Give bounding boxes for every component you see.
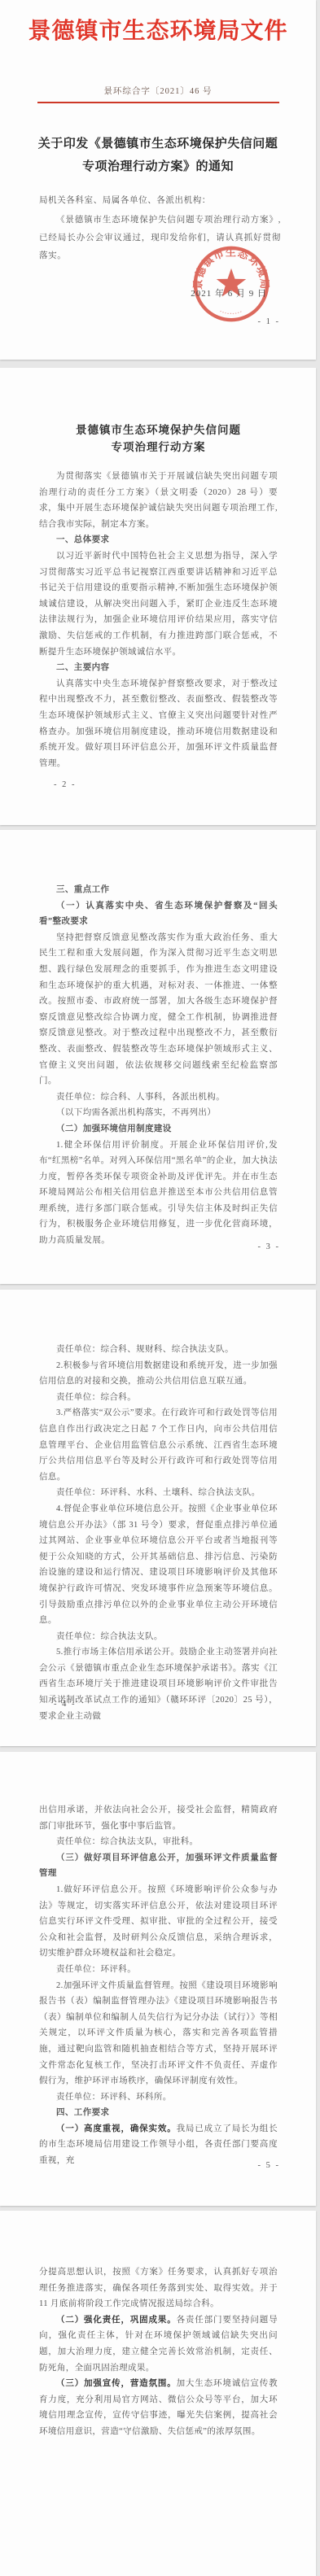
section-3-1-heading: （一）认真落实中央、省生态环境保护督察及“回头看”整改要求 (39, 898, 278, 930)
responsible-unit-line: 责任单位：综合科、人事科，各派出机构。 (39, 1089, 278, 1106)
responsible-unit-line: 责任单位：环评科、环科所。 (39, 2089, 278, 2106)
page-number-5: - 5 - (258, 2161, 281, 2170)
official-seal-stamp: 景德镇市生态环境局 ********* (192, 245, 270, 323)
red-letterhead-title: 景德镇市生态环境局文件 (0, 15, 316, 49)
section-4-3-lead: （三）加强宣传，营造氛围。 (56, 2379, 177, 2388)
responsible-unit-line: 责任单位：综合科、规财科、综合执法支队。 (39, 1342, 278, 1358)
section-3-1-body: 坚持把督察反馈意见整改落实作为重大政治任务、重大民生工程和重大发展问题，作为深入… (39, 930, 278, 1089)
section-3-2-item-5: 5.推行市场主体信用承诺公开。鼓励企业主动签署并向社会公示《景德镇市重点企业生态… (39, 1644, 278, 1724)
section-4-3-paragraph: （三）加强宣传，营造氛围。加大生态环境诚信宣传教育力度，充分利用局官方网站、微信… (39, 2376, 278, 2439)
section-1-heading: 一、总体要求 (39, 532, 278, 548)
note-line: （以下均需各派出机构落实，不再列出） (39, 1105, 278, 1121)
salutation: 局机关各科室、局属各单位、各派出机构： (39, 194, 280, 206)
section-4-2-lead: （二）强化责任，巩固成果。 (56, 2316, 177, 2325)
page-4: 责任单位：综合科、规财科、综合执法支队。 2.积极参与省环境信用数据建设和系统开… (0, 1290, 316, 1746)
section-3-3-item-1: 1.做好环评信息公开。按照《环境影响评价公众参与办法》等规定，切实落实环评信息公… (39, 1882, 278, 1962)
section-4-heading: 四、工作要求 (39, 2105, 278, 2121)
section-3-heading: 三、重点工作 (39, 882, 278, 898)
section-3-3-heading: （三）做好项目环评信息公开，加强环评文件质量监督管理 (39, 1850, 278, 1882)
section-4-1-paragraph: （一）高度重视，确保实效。我局已成立了局长为组长的市生态环境局信用建设工作领导小… (39, 2121, 278, 2169)
plan-title-line-1: 景德镇市生态环境保护失信问题 (39, 421, 278, 439)
responsible-unit-line: 责任单位：环评科。 (39, 1962, 278, 1978)
page-2: 景德镇市生态环境保护失信问题 专项治理行动方案 为贯彻落实《景德镇市关于开展诚信… (0, 368, 316, 825)
page-number-2: - 2 - (54, 780, 77, 789)
section-1-body: 以习近平新时代中国特色社会主义思想为指导，深入学习贯彻落实习近平总书记视察江西重… (39, 548, 278, 660)
notice-title-line-1: 关于印发《景德镇市生态环境保护失信问题 (0, 133, 316, 155)
page-number-3: - 3 - (258, 1242, 281, 1251)
notice-title-line-2: 专项治理行动方案》的通知 (0, 155, 316, 178)
section-2-body: 认真落实中央生态环境保护督察整改要求，对于整改过程中出现整改不力，甚至敷衍整改、… (39, 676, 278, 772)
document-viewer: 景德镇市生态环境局文件 景环综合字〔2021〕46 号 关于印发《景德镇市生态环… (0, 0, 320, 2576)
section-3-2-item-5-continued: 出信用承诺，并依法向社会公开，接受社会监督，精简政府部门审批环节，强化事中事后监… (39, 1802, 278, 1834)
plan-title-line-2: 专项治理行动方案 (39, 439, 278, 456)
issue-date: 2021 年 6 月 9 日 (191, 286, 267, 299)
section-2-heading: 二、主要内容 (39, 660, 278, 676)
page-5: 出信用承诺，并依法向社会公开，接受社会监督，精简政府部门审批环节，强化事中事后监… (0, 1752, 316, 2206)
notice-title: 关于印发《景德镇市生态环境保护失信问题 专项治理行动方案》的通知 (0, 133, 316, 178)
responsible-unit-line: 责任单位：综合执法支队，审批科。 (39, 1834, 278, 1850)
page-1: 景德镇市生态环境局文件 景环综合字〔2021〕46 号 关于印发《景德镇市生态环… (0, 0, 316, 360)
svg-text:*********: ********* (219, 310, 243, 316)
section-3-2-item-1: 1.健全环保信用评价制度。开展企业环保信用评价,发布“红黑榜”名单。对列入环保信… (39, 1137, 278, 1249)
page-3: 三、重点工作 （一）认真落实中央、省生态环境保护督察及“回头看”整改要求 坚持把… (0, 830, 316, 1284)
plan-intro-paragraph: 为贯彻落实《景德镇市关于开展诚信缺失突出问题专项治理行动的责任分工方案》（景文明… (39, 469, 278, 532)
responsible-unit-line: 责任单位：环评科、水科、土壤科、综合执法支队。 (39, 1485, 278, 1501)
section-3-3-item-2: 2.加强环评文件质量监督管理。按照《建设项目环境影响报告书（表）编制监督管理办法… (39, 1978, 278, 2089)
red-divider-rule (37, 102, 279, 103)
section-3-2-heading: （二）加强环境信用制度建设 (39, 1121, 278, 1137)
section-4-1-lead: （一）高度重视，确保实效。 (56, 2124, 177, 2133)
section-3-2-item-2: 2.积极参与省环境信用数据建设和系统开发，进一步加强信用信息的对接和交换，推动公… (39, 1358, 278, 1390)
page-6: 分提高思想认识，按照《方案》任务要求，认真抓好专项治理任务推进落实，确保各项任务… (0, 2211, 316, 2576)
section-3-2-item-4: 4.督促企事业单位环境信息公开。按照《企业事业单位环境信息公开办法》（部 31 … (39, 1501, 278, 1629)
responsible-unit-line: 责任单位：综合执法支队。 (39, 1629, 278, 1645)
page-number-4: - 4 - (54, 1700, 77, 1709)
plan-title: 景德镇市生态环境保护失信问题 专项治理行动方案 (39, 421, 278, 456)
section-4-2-paragraph: （二）强化责任，巩固成果。各责任部门要坚持问题导向，强化责任主体，针对在环境保护… (39, 2312, 278, 2376)
section-4-1-continued: 分提高思想认识，按照《方案》任务要求，认真抓好专项治理任务推进落实，确保各项任务… (39, 2264, 278, 2312)
section-3-2-item-3: 3.严格落实“双公示”要求。在行政许可和行政处罚等信用信息自作出行政决定之日起 … (39, 1405, 278, 1485)
responsible-unit-line: 责任单位：综合科。 (39, 1390, 278, 1406)
document-number: 景环综合字〔2021〕46 号 (0, 85, 316, 97)
